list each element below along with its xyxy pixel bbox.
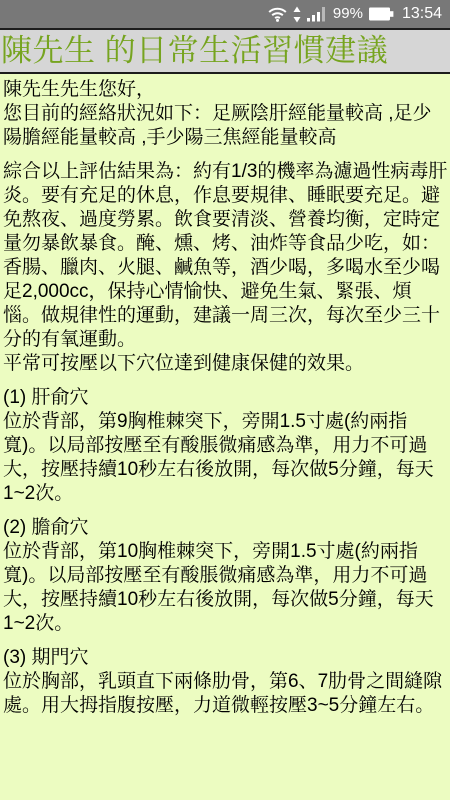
data-updown-icon [293,6,301,23]
app-screen: 99% 13:54 陳先生 的日常生活習慣建議 陳先生先生您好， 您目前的經絡狀… [0,0,450,800]
assessment-block: 綜合以上評估結果為：約有1/3的機率為濾過性病毒肝炎。要有充足的休息，作息要規律… [3,160,448,376]
signal-strength-icon [307,6,327,22]
title-bar: 陳先生 的日常生活習慣建議 [0,28,450,74]
acupoint-3-body: 位於胸部，乳頭直下兩條肋骨，第6、7肋骨之間縫隙處。用大拇指腹按壓，力道微輕按壓… [3,670,448,718]
report-content[interactable]: 陳先生先生您好， 您目前的經絡狀況如下：足厥陰肝經能量較高 ,足少陽膽經能量較高… [0,74,450,800]
acupoint-2-heading: (2) 膽俞穴 [3,516,448,540]
acupoint-3-heading: (3) 期門穴 [3,646,448,670]
greeting-line: 陳先生先生您好， [3,78,448,102]
acupressure-intro: 平常可按壓以下穴位達到健康保健的效果。 [3,352,448,376]
assessment-paragraph: 綜合以上評估結果為：約有1/3的機率為濾過性病毒肝炎。要有充足的休息，作息要規律… [3,160,448,352]
battery-icon [369,7,394,21]
status-time: 13:54 [402,0,442,28]
battery-percent: 99% [333,0,363,28]
acupoint-1-body: 位於背部，第9胸椎棘突下，旁開1.5寸處(約兩指寬)。以局部按壓至有酸脹微痛感為… [3,410,448,506]
wifi-icon [268,6,287,22]
acupoint-1-block: (1) 肝俞穴 位於背部，第9胸椎棘突下，旁開1.5寸處(約兩指寬)。以局部按壓… [3,386,448,506]
acupoint-3-block: (3) 期門穴 位於胸部，乳頭直下兩條肋骨，第6、7肋骨之間縫隙處。用大拇指腹按… [3,646,448,718]
meridian-status-line: 您目前的經絡狀況如下：足厥陰肝經能量較高 ,足少陽膽經能量較高 ,手少陽三焦經能… [3,102,448,150]
page-title: 陳先生 的日常生活習慣建議 [1,32,450,69]
acupoint-1-heading: (1) 肝俞穴 [3,386,448,410]
acupoint-2-block: (2) 膽俞穴 位於背部，第10胸椎棘突下，旁開1.5寸處(約兩指寬)。以局部按… [3,516,448,636]
status-bar: 99% 13:54 [0,0,450,28]
greeting-block: 陳先生先生您好， 您目前的經絡狀況如下：足厥陰肝經能量較高 ,足少陽膽經能量較高… [3,78,448,150]
acupoint-2-body: 位於背部，第10胸椎棘突下，旁開1.5寸處(約兩指寬)。以局部按壓至有酸脹微痛感… [3,540,448,636]
